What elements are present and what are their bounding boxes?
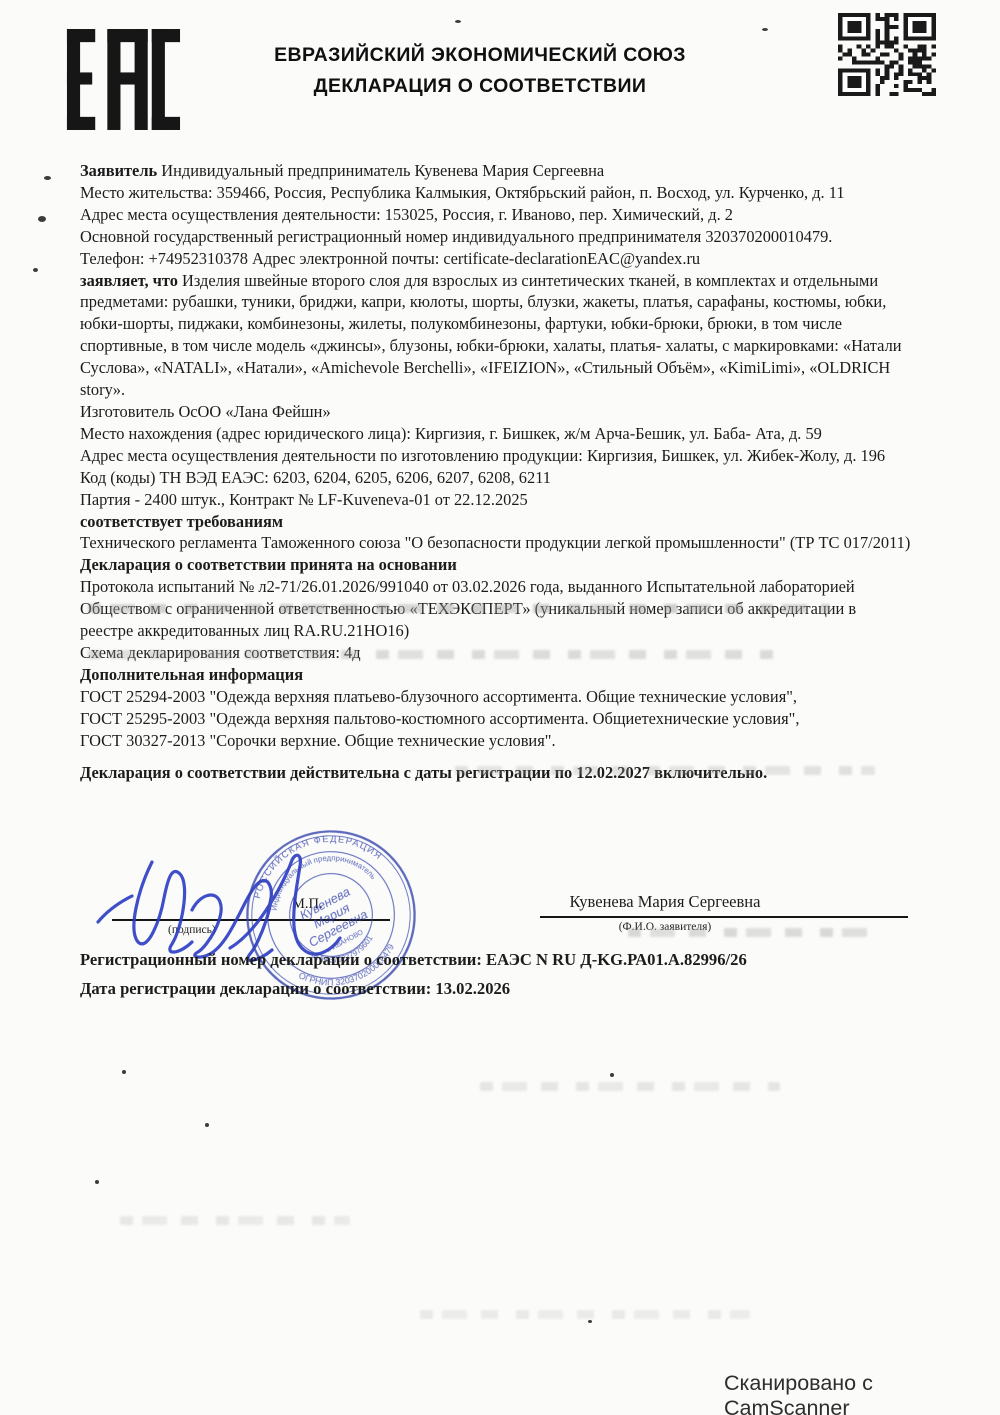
scan-speck — [122, 1070, 126, 1074]
registration-date-line: Дата регистрации декларации о соответств… — [80, 979, 510, 999]
para-manufacturer: Изготовитель ОсОО «Лана Фейшн» — [80, 401, 913, 423]
para-ogrnip: Основной государственный регистрационный… — [80, 226, 913, 248]
para-phone-email: Телефон: +74952310378 Адрес электронной … — [80, 248, 913, 270]
scan-speck — [610, 1073, 614, 1077]
registration-number-value: ЕАЭС N RU Д-KG.РА01.А.82996/26 — [486, 950, 747, 969]
para-declares-products: заявляет, что Изделия швейные второго сл… — [80, 270, 913, 401]
scan-ghost-text — [455, 766, 875, 775]
scan-speck — [95, 1180, 99, 1184]
para-basis-heading: Декларация о соответствии принята на осн… — [80, 554, 913, 576]
para-gost-30327: ГОСТ 30327-2013 "Сорочки верхние. Общие … — [80, 730, 913, 752]
camscanner-watermark: Сканировано с CamScanner — [724, 1371, 1000, 1415]
scan-ghost-text — [88, 604, 830, 613]
title-line-declaration: ДЕКЛАРАЦИЯ О СООТВЕТСТВИИ — [200, 71, 760, 102]
scan-ghost-text — [88, 650, 778, 659]
para-additional-info-heading: Дополнительная информация — [80, 664, 913, 686]
para-tech-regulation: Технического регламента Таможенного союз… — [80, 532, 913, 554]
scan-speck — [588, 1320, 592, 1323]
qr-code-icon — [838, 13, 936, 96]
scan-speck — [205, 1123, 209, 1127]
title-line-union: ЕВРАЗИЙСКИЙ ЭКОНОМИЧЕСКИЙ СОЮЗ — [200, 40, 760, 71]
declaration-body: Заявитель Индивидуальный предприниматель… — [80, 160, 913, 784]
registration-number-line: Регистрационный номер декларации о соотв… — [80, 950, 747, 970]
scanned-declaration-page: ЕВРАЗИЙСКИЙ ЭКОНОМИЧЕСКИЙ СОЮЗ ДЕКЛАРАЦИ… — [0, 0, 1000, 1415]
registration-date-value: 13.02.2026 — [435, 979, 510, 998]
scan-ghost-text — [480, 1082, 780, 1091]
document-title: ЕВРАЗИЙСКИЙ ЭКОНОМИЧЕСКИЙ СОЮЗ ДЕКЛАРАЦИ… — [200, 40, 760, 102]
scan-ghost-text — [420, 1310, 750, 1319]
scan-speck — [455, 20, 461, 23]
fullname-line — [540, 916, 908, 918]
para-gost-25295: ГОСТ 25295-2003 "Одежда верхняя пальтово… — [80, 708, 913, 730]
scan-ghost-text — [120, 1216, 350, 1225]
scan-ghost-text — [628, 928, 868, 937]
scan-speck — [44, 176, 51, 180]
applicant-fullname: Кувенева Мария Сергеевна — [500, 892, 830, 912]
para-production-address: Адрес места осуществления деятельности п… — [80, 445, 913, 467]
para-activity-address: Адрес места осуществления деятельности: … — [80, 204, 913, 226]
para-gost-25294: ГОСТ 25294-2003 "Одежда верхняя платьево… — [80, 686, 913, 708]
para-tnved-codes: Код (коды) ТН ВЭД ЕАЭС: 6203, 6204, 6205… — [80, 467, 913, 489]
para-complies-heading: соответствует требованиям — [80, 511, 913, 533]
para-batch-contract: Партия - 2400 штук., Контракт № LF-Kuven… — [80, 489, 913, 511]
scan-speck — [762, 28, 768, 31]
scan-speck — [33, 268, 38, 272]
eac-logo-icon — [66, 27, 181, 132]
para-applicant: Заявитель Индивидуальный предприниматель… — [80, 160, 913, 182]
para-residence: Место жительства: 359466, Россия, Респуб… — [80, 182, 913, 204]
scan-speck — [38, 216, 46, 222]
para-manufacturer-address: Место нахождения (адрес юридического лиц… — [80, 423, 913, 445]
